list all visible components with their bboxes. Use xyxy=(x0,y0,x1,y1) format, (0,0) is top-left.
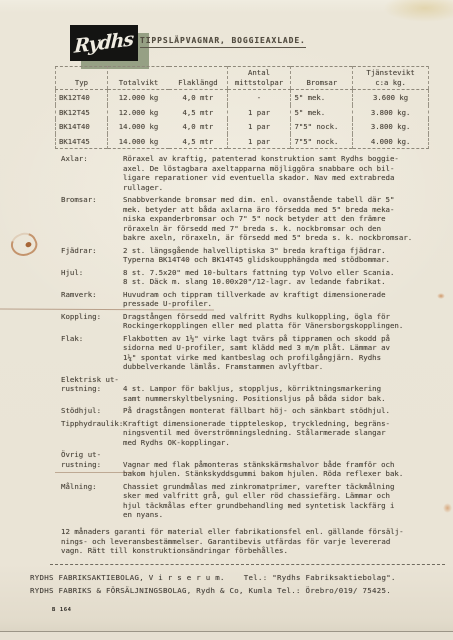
spec-section-fjadrar: Fjädrar: 2 st. längsgående halvelliptisk… xyxy=(61,246,447,265)
column-header-bromsar: Bromsar xyxy=(291,67,353,90)
table-cell: 4,5 mtr xyxy=(169,134,227,149)
table-cell: - xyxy=(227,90,291,105)
spec-text: Dragstången försedd med valfritt Rydhs k… xyxy=(123,312,447,331)
spec-text: Kraftigt dimensionerade tippteleskop, tr… xyxy=(123,419,447,448)
stain-mark-dot xyxy=(437,293,445,299)
table-cell: 7"5" nock. xyxy=(291,119,353,134)
company-logo: Rydhs xyxy=(70,25,150,71)
table-row: BK14T45 14.000 kg 4,5 mtr 1 par 7"5" noc… xyxy=(56,134,429,149)
footer-line-virserum: RYDHS FABRIKSAKTIEBOLAG, V i r s e r u m… xyxy=(30,571,396,584)
spec-label: Axlar: xyxy=(61,154,123,192)
spec-label: Fjädrar: xyxy=(61,246,123,265)
spec-text: Flakbotten av 1½" virke lagt tvärs på ti… xyxy=(123,334,447,372)
spec-text: Huvudram och tippram tillverkade av kraf… xyxy=(123,290,447,309)
table-cell: 1 par xyxy=(227,105,291,120)
spec-text: 8 st. 7.5x20" med 10-bultars fattning ty… xyxy=(123,268,447,287)
table-cell: BK12T45 xyxy=(56,105,108,120)
spec-label: Ramverk: xyxy=(61,290,123,309)
column-header-totalvikt: Totalvikt xyxy=(107,67,169,90)
table-row: BK12T45 12.000 kg 4,5 mtr 1 par 5" mek. … xyxy=(56,105,429,120)
spec-section-koppling: Koppling: Dragstången försedd med valfri… xyxy=(61,312,447,331)
table-cell: 12.000 kg xyxy=(107,105,169,120)
logo-box: Rydhs xyxy=(70,25,138,61)
spec-label: Flak: xyxy=(61,334,123,372)
table-cell: 3.600 kg xyxy=(353,90,429,105)
table-cell: 12.000 kg xyxy=(107,90,169,105)
spec-text: Röraxel av kraftig, patenterad konstrukt… xyxy=(123,154,447,192)
table-cell: 7"5" nock. xyxy=(291,134,353,149)
table-cell: 5" mek. xyxy=(291,90,353,105)
spec-section-tipphydraulik: Tipphydraulik: Kraftigt dimensionerade t… xyxy=(61,419,447,448)
spec-label: Hjul: xyxy=(61,268,123,287)
footer-address-block: RYDHS FABRIKSAKTIEBOLAG, V i r s e r u m… xyxy=(30,571,396,597)
stain-mark-ring xyxy=(7,229,40,261)
footer-line-kumla: RYDHS FABRIKS & FÖRSÄLJNINGSBOLAG, Rydh … xyxy=(30,584,396,597)
table-cell: 14.000 kg xyxy=(107,134,169,149)
table-row: BK14T40 14.000 kg 4,0 mtr 1 par 7"5" noc… xyxy=(56,119,429,134)
warranty-paragraph: 12 månaders garanti för material eller f… xyxy=(61,527,451,556)
table-cell: BK14T40 xyxy=(56,119,108,134)
spec-text: På dragstången monterat fällbart höj- oc… xyxy=(123,406,447,416)
table-cell: 3.800 kg. xyxy=(353,119,429,134)
table-cell: 4,5 mtr xyxy=(169,105,227,120)
form-number: B 164 xyxy=(52,607,72,613)
spec-label: Målning: xyxy=(61,482,123,520)
spec-sections: Axlar: Röraxel av kraftig, patenterad ko… xyxy=(61,154,447,523)
table-cell: 1 par xyxy=(227,134,291,149)
spec-section-axlar: Axlar: Röraxel av kraftig, patenterad ko… xyxy=(61,154,447,192)
spec-text: 2 st. längsgående halvelliptiska 3" bred… xyxy=(123,246,447,265)
spec-label: Stödhjul: xyxy=(61,406,123,416)
column-header-tjanstevikt: Tjänstevikt c:a kg. xyxy=(353,67,429,90)
spec-text: 4 st. Lampor för bakljus, stoppljus, kör… xyxy=(123,384,447,403)
spec-section-hjul: Hjul: 8 st. 7.5x20" med 10-bultars fattn… xyxy=(61,268,447,287)
spec-section-elektrisk-utrustning: Elektrisk ut- rustning: 4 st. Lampor för… xyxy=(61,375,447,404)
table-cell: 14.000 kg xyxy=(107,119,169,134)
spec-text: Snabbverkande bromsar med dim. enl. ovan… xyxy=(123,195,447,243)
spec-text: Chassiet grundmålas med zinkromatprimer,… xyxy=(123,482,447,520)
spec-label: Tipphydraulik: xyxy=(61,419,123,448)
table-cell: 4,0 mtr xyxy=(169,119,227,134)
spec-section-bromsar: Bromsar: Snabbverkande bromsar med dim. … xyxy=(61,195,447,243)
table-cell: 4.000 kg. xyxy=(353,134,429,149)
footer-divider xyxy=(50,564,445,565)
spec-table: Typ Totalvikt Flaklängd Antal mittstolpa… xyxy=(55,66,429,149)
spec-section-flak: Flak: Flakbotten av 1½" virke lagt tvärs… xyxy=(61,334,447,372)
spec-section-ovrig-utrustning: Övrig ut- rustning: Vagnar med flak påmo… xyxy=(61,450,447,479)
spec-label: Koppling: xyxy=(61,312,123,331)
table-cell: 4,0 mtr xyxy=(169,90,227,105)
stain-mark-dot xyxy=(443,503,452,513)
scanned-spec-sheet: Rydhs TIPPSLÄPVAGNAR, BOGGIEAXLADE. Typ … xyxy=(0,0,453,640)
spec-label: Bromsar: xyxy=(61,195,123,243)
table-cell: BK12T40 xyxy=(56,90,108,105)
document-title: TIPPSLÄPVAGNAR, BOGGIEAXLADE. xyxy=(140,36,306,48)
table-header-row: Typ Totalvikt Flaklängd Antal mittstolpa… xyxy=(56,67,429,90)
spec-section-stodhjul: Stödhjul: På dragstången monterat fällba… xyxy=(61,406,447,416)
table-cell: BK14T45 xyxy=(56,134,108,149)
logo-wordmark: Rydhs xyxy=(74,30,134,56)
table-cell: 1 par xyxy=(227,119,291,134)
spec-label: Övrig ut- rustning: xyxy=(61,450,123,479)
spec-label: Elektrisk ut- rustning: xyxy=(61,375,123,404)
pencil-line-artifact xyxy=(55,472,133,473)
scan-margin xyxy=(0,632,453,640)
spec-section-ramverk: Ramverk: Huvudram och tippram tillverkad… xyxy=(61,290,447,309)
column-header-typ: Typ xyxy=(56,67,108,90)
table-cell: 3.800 kg. xyxy=(353,105,429,120)
column-header-mittstolpar: Antal mittstolpar xyxy=(227,67,291,90)
spec-text: Vagnar med flak påmonteras stänkskärmsha… xyxy=(123,460,447,479)
spec-section-malning: Målning: Chassiet grundmålas med zinkrom… xyxy=(61,482,447,520)
column-header-flaklangd: Flaklängd xyxy=(169,67,227,90)
table-cell: 5" mek. xyxy=(291,105,353,120)
table-row: BK12T40 12.000 kg 4,0 mtr - 5" mek. 3.60… xyxy=(56,90,429,105)
